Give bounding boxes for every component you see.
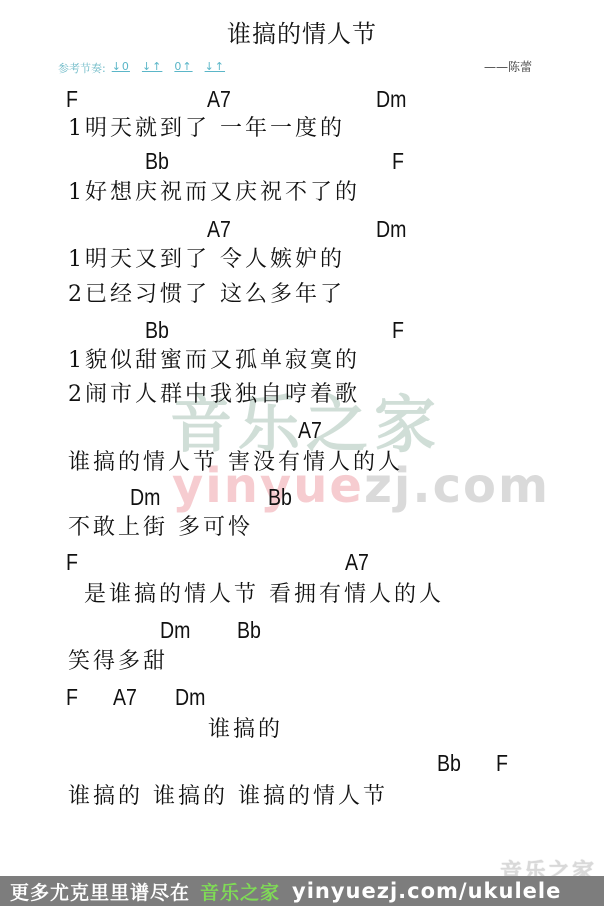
artist-credit: ——陈蕾 bbox=[484, 58, 532, 75]
footer-promo-text: 更多尤克里里谱尽在 bbox=[0, 878, 190, 905]
chord-row: BbF bbox=[0, 146, 513, 176]
chord-symbol: A7 bbox=[207, 84, 231, 114]
chord-symbol: A7 bbox=[207, 214, 231, 244]
chord-symbol: F bbox=[66, 682, 78, 712]
chord-row: FA7 bbox=[0, 547, 513, 577]
chord-row: BbF bbox=[0, 315, 513, 345]
lyric-line: 1貌似甜蜜而又孤单寂寞的 bbox=[68, 346, 360, 376]
lyric-line: 谁搞的情人节 害没有情人的人 bbox=[68, 448, 403, 478]
chord-symbol: F bbox=[392, 315, 404, 345]
chord-symbol: Dm bbox=[160, 615, 190, 645]
rhythm-pattern: ↓↑ bbox=[205, 60, 225, 76]
chord-symbol: Bb bbox=[237, 615, 261, 645]
chord-symbol: A7 bbox=[345, 547, 369, 577]
rhythm-pattern: ↓0 bbox=[112, 60, 130, 76]
chord-symbol: Dm bbox=[376, 84, 406, 114]
chord-row: FA7Dm bbox=[0, 84, 513, 114]
rhythm-pattern: ↓↑ bbox=[142, 60, 162, 76]
chord-symbol: Bb bbox=[145, 146, 169, 176]
chord-symbol: Dm bbox=[130, 482, 160, 512]
footer-url[interactable]: yinyuezj.com/ukulele bbox=[292, 879, 561, 903]
chord-row: DmBb bbox=[0, 615, 513, 645]
chord-symbol: F bbox=[66, 84, 78, 114]
rhythm-label: 参考节奏: bbox=[58, 60, 106, 76]
chord-symbol: Bb bbox=[437, 748, 461, 778]
song-title: 谁搞的情人节 bbox=[0, 14, 604, 49]
chord-symbol: A7 bbox=[298, 415, 322, 445]
lyric-line: 谁搞的 bbox=[208, 715, 283, 745]
chord-row: A7Dm bbox=[0, 214, 513, 244]
chord-row: BbF bbox=[0, 748, 513, 778]
chord-row: FA7Dm bbox=[0, 682, 513, 712]
lyric-line: 笑得多甜 bbox=[68, 647, 168, 677]
footer-brand: 音乐之家 bbox=[200, 878, 280, 905]
chord-symbol: Dm bbox=[376, 214, 406, 244]
lyric-line: 1明天又到了 令人嫉妒的 bbox=[68, 245, 345, 275]
chord-symbol: A7 bbox=[113, 682, 137, 712]
chord-symbol: Bb bbox=[268, 482, 292, 512]
lyric-line: 不敢上街 多可怜 bbox=[68, 513, 253, 543]
lyric-line: 2已经习惯了 这么多年了 bbox=[68, 280, 345, 310]
lyric-line: 谁搞的 谁搞的 谁搞的情人节 bbox=[68, 782, 388, 812]
lyric-line: 1好想庆祝而又庆祝不了的 bbox=[68, 178, 360, 208]
lyric-line: 1明天就到了 一年一度的 bbox=[68, 114, 345, 144]
lyric-line: 2闹市人群中我独自哼着歌 bbox=[68, 380, 360, 410]
chord-symbol: F bbox=[66, 547, 78, 577]
chord-symbol: F bbox=[392, 146, 404, 176]
footer-banner: 更多尤克里里谱尽在 音乐之家 yinyuezj.com/ukulele bbox=[0, 876, 604, 906]
chord-symbol: Bb bbox=[145, 315, 169, 345]
chord-row: DmBb bbox=[0, 482, 513, 512]
chord-row: A7 bbox=[0, 415, 513, 445]
rhythm-pattern: 0↑ bbox=[174, 60, 192, 76]
chord-symbol: Dm bbox=[175, 682, 205, 712]
rhythm-reference: 参考节奏: ↓0 ↓↑ 0↑ ↓↑ bbox=[58, 60, 237, 76]
lyric-line: 是谁搞的情人节 看拥有情人的人 bbox=[84, 580, 444, 610]
chord-symbol: F bbox=[496, 748, 508, 778]
